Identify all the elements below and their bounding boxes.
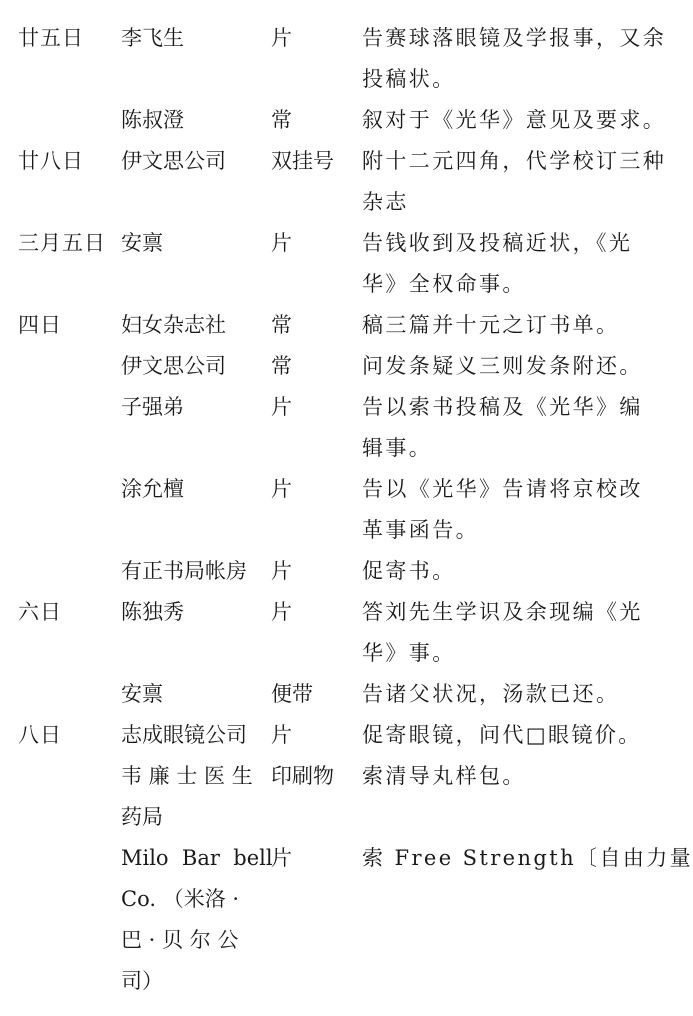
date-cell: 四日 (18, 305, 118, 346)
correspondent-cell: 伊文思公司 (121, 346, 269, 387)
correspondent-cell: 安禀 (121, 674, 269, 715)
type-cell: 片 (271, 469, 359, 510)
type-cell: 片 (271, 838, 359, 879)
content-cell: 告以索书投稿及《光华》编 辑事。 (362, 387, 682, 469)
correspondent-cell: 陈独秀 (121, 592, 269, 633)
correspondent-cell: 妇女杂志社 (121, 305, 269, 346)
correspondent-cell: 子强弟 (121, 387, 269, 428)
correspondent-cell: 志成眼镜公司 (121, 715, 269, 756)
table-row: 八日 志成眼镜公司 片 促寄眼镜，问代□眼镜价。 (0, 715, 693, 756)
type-cell: 片 (271, 551, 359, 592)
content-cell: 索清导丸样包。 (362, 756, 682, 797)
content-cell: 告诸父状况，汤款已还。 (362, 674, 682, 715)
content-cell: 告以《光华》告请将京校改 革事函告。 (362, 469, 682, 551)
table-row: 有正书局帐房 片 促寄书。 (0, 551, 693, 592)
content-cell: 索 Free Strength〔自由力量〕。 (362, 838, 682, 879)
type-cell: 印刷物 (271, 756, 359, 797)
type-cell: 片 (271, 223, 359, 264)
date-cell: 三月五日 (18, 223, 118, 264)
correspondent-cell: 安禀 (121, 223, 269, 264)
type-cell: 片 (271, 387, 359, 428)
table-row: 陈叔澄 常 叙对于《光华》意见及要求。 (0, 100, 693, 141)
table-row: 涂允檀 片 告以《光华》告请将京校改 革事函告。 (0, 469, 693, 551)
date-cell: 廿八日 (18, 141, 118, 182)
correspondent-cell: 李飞生 (121, 18, 269, 59)
table-row: 三月五日 安禀 片 告钱收到及投稿近状，《光 华》全权命事。 (0, 223, 693, 305)
content-cell: 附十二元四角，代学校订三种 杂志 (362, 141, 682, 223)
table-row: 子强弟 片 告以索书投稿及《光华》编 辑事。 (0, 387, 693, 469)
table-row: 韦 廉 士 医 生 药局 印刷物 索清导丸样包。 (0, 756, 693, 838)
content-cell: 告赛球落眼镜及学报事，又余 投稿状。 (362, 18, 682, 100)
content-cell: 叙对于《光华》意见及要求。 (362, 100, 682, 141)
content-cell: 稿三篇并十元之订书单。 (362, 305, 682, 346)
content-cell: 告钱收到及投稿近状，《光 华》全权命事。 (362, 223, 682, 305)
table-row: 伊文思公司 常 问发条疑义三则发条附还。 (0, 346, 693, 387)
content-cell: 促寄眼镜，问代□眼镜价。 (362, 715, 682, 756)
content-cell: 答刘先生学识及余现编《光 华》事。 (362, 592, 682, 674)
correspondent-cell: 涂允檀 (121, 469, 269, 510)
date-cell: 廿五日 (18, 18, 118, 59)
type-cell: 片 (271, 18, 359, 59)
type-cell: 常 (271, 100, 359, 141)
correspondent-cell: Milo Bar bell Co. （米洛 · 巴 · 贝 尔 公 司） (121, 838, 269, 1002)
table-row: 六日 陈独秀 片 答刘先生学识及余现编《光 华》事。 (0, 592, 693, 674)
type-cell: 便带 (271, 674, 359, 715)
table-row: 廿五日 李飞生 片 告赛球落眼镜及学报事，又余 投稿状。 (0, 18, 693, 100)
content-cell: 问发条疑义三则发条附还。 (362, 346, 682, 387)
type-cell: 常 (271, 346, 359, 387)
type-cell: 双挂号 (271, 141, 359, 182)
letter-log-table: 廿五日 李飞生 片 告赛球落眼镜及学报事，又余 投稿状。 陈叔澄 常 叙对于《光… (0, 18, 693, 1002)
type-cell: 片 (271, 592, 359, 633)
table-row: 四日 妇女杂志社 常 稿三篇并十元之订书单。 (0, 305, 693, 346)
correspondent-cell: 韦 廉 士 医 生 药局 (121, 756, 269, 838)
content-cell: 促寄书。 (362, 551, 682, 592)
correspondent-cell: 伊文思公司 (121, 141, 269, 182)
table-row: 安禀 便带 告诸父状况，汤款已还。 (0, 674, 693, 715)
date-cell: 八日 (18, 715, 118, 756)
type-cell: 片 (271, 715, 359, 756)
date-cell: 六日 (18, 592, 118, 633)
type-cell: 常 (271, 305, 359, 346)
correspondent-cell: 陈叔澄 (121, 100, 269, 141)
table-row: Milo Bar bell Co. （米洛 · 巴 · 贝 尔 公 司） 片 索… (0, 838, 693, 1002)
correspondent-cell: 有正书局帐房 (121, 551, 269, 592)
table-row: 廿八日 伊文思公司 双挂号 附十二元四角，代学校订三种 杂志 (0, 141, 693, 223)
